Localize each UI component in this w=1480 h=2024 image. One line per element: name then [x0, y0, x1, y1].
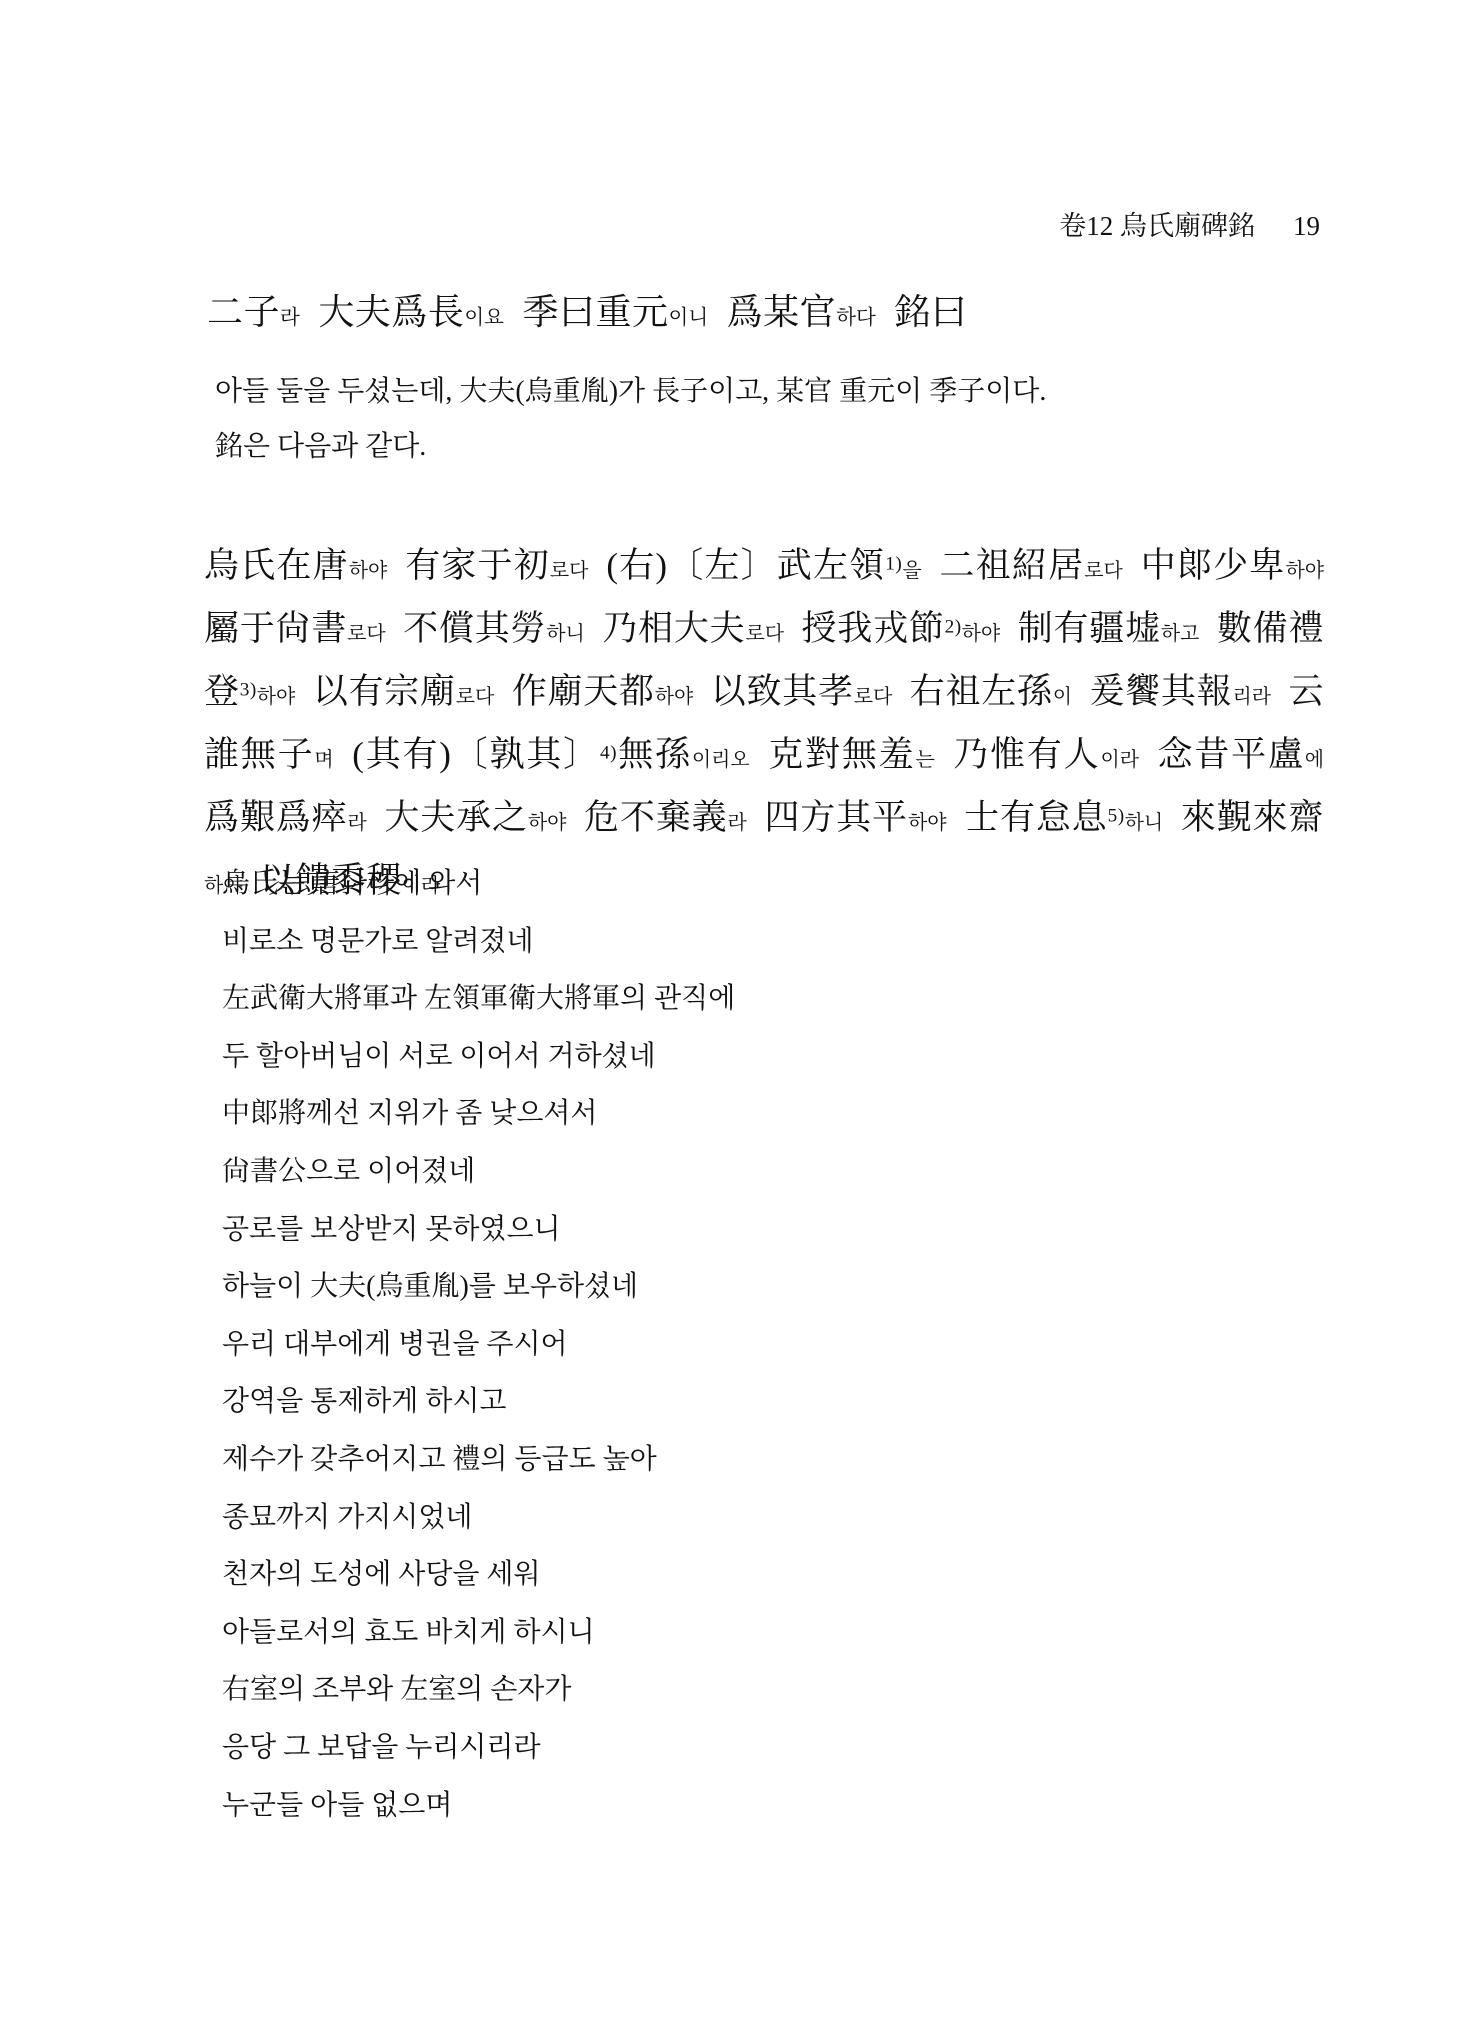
hanmun-phrase: (其有)〔孰其〕4)無孫이리오 — [352, 735, 749, 774]
hanmun-phrase: 制有疆墟하고 — [1018, 609, 1200, 648]
korean-reading-particle: 라 — [280, 307, 300, 329]
korean-reading-particle: 이요 — [464, 307, 504, 329]
verse-line: 두 할아버님이 서로 이어서 거하셨네 — [222, 1028, 1332, 1086]
chapter-title: 卷12 烏氏廟碑銘 — [1059, 211, 1255, 241]
korean-reading-particle: 하야 — [257, 686, 296, 708]
korean-reading-particle: 이라 — [1100, 749, 1139, 771]
hanja-text: 中郞少卑 — [1141, 546, 1286, 585]
hanja-text: 右祖左孫 — [910, 672, 1053, 711]
korean-reading-particle: 하야 — [349, 560, 388, 582]
korean-reading-particle: 이니 — [669, 307, 709, 329]
verse-line: 강역을 통제하게 하시고 — [222, 1373, 1332, 1431]
hanja-text: 克對無羞 — [768, 735, 915, 774]
korean-reading-particle: 하야 — [655, 686, 694, 708]
hanja-text: 大夫爲長 — [318, 292, 464, 332]
hanja-text: 不償其勞 — [403, 609, 546, 648]
prose-line: 銘은 다음과 같다. — [215, 419, 1335, 474]
hanmun-phrase: 危不棄義라 — [584, 798, 747, 837]
verse-line: 아들로서의 효도 바치게 하시니 — [222, 1604, 1332, 1662]
korean-reading-particle: 로다 — [854, 686, 893, 708]
footnote-marker: 1) — [885, 554, 902, 575]
korean-reading-particle: 에 — [1305, 749, 1324, 771]
hanmun-phrase: 季曰重元이니 — [523, 292, 709, 332]
hanja-text: 四方其平 — [764, 798, 908, 837]
prose-translation: 아들 둘을 두셨는데, 大夫(烏重胤)가 長子이고, 某官 重元이 季子이다.銘… — [215, 364, 1335, 474]
hanmun-phrase: 右祖左孫이 — [910, 672, 1072, 711]
korean-reading-particle: 하야 — [1285, 560, 1324, 582]
hanja-text: 爲某官 — [727, 292, 837, 332]
hanja-text: 二子 — [207, 292, 280, 332]
korean-reading-particle: 로다 — [1084, 560, 1123, 582]
hanja-text: (右)〔左〕武左領 — [606, 546, 885, 585]
hanmun-phrase: 乃惟有人이라 — [953, 735, 1139, 774]
korean-reading-particle: 로다 — [550, 560, 589, 582]
hanja-text: 無孫 — [617, 735, 692, 774]
korean-reading-particle: 라 — [348, 812, 367, 834]
verse-line: 하늘이 大夫(烏重胤)를 보우하셨네 — [222, 1258, 1332, 1316]
korean-reading-particle: 하니 — [1125, 812, 1164, 834]
hanja-text: 爲艱爲瘁 — [204, 798, 348, 837]
korean-reading-particle: 는 — [915, 749, 934, 771]
hanja-text: 士有怠息 — [964, 798, 1108, 837]
verse-translation: 烏氏는 唐나라에 와서비로소 명문가로 알려졌네左武衛大將軍과 左領軍衛大將軍의… — [222, 855, 1332, 1834]
hanmun-phrase: 大夫承之하야 — [384, 798, 566, 837]
hanmun-phrase: 二祖紹居로다 — [940, 546, 1123, 585]
footnote-marker: 5) — [1108, 806, 1125, 827]
hanmun-phrase: 念昔平盧에 — [1158, 735, 1324, 774]
hanja-text: 銘曰 — [894, 292, 967, 332]
korean-reading-particle: 로다 — [745, 623, 784, 645]
korean-reading-particle: 하야 — [908, 812, 947, 834]
hanja-text: 念昔平盧 — [1158, 735, 1305, 774]
verse-line: 右室의 조부와 左室의 손자가 — [222, 1661, 1332, 1719]
verse-line: 천자의 도성에 사당을 세워 — [222, 1546, 1332, 1604]
hanmun-phrase: 爲某官하다 — [727, 292, 876, 332]
verse-line: 尙書公으로 이어졌네 — [222, 1143, 1332, 1201]
hanja-text: 乃惟有人 — [953, 735, 1100, 774]
hanmun-phrase: 大夫爲長이요 — [318, 292, 504, 332]
verse-line: 제수가 갖추어지고 禮의 등급도 높아 — [222, 1431, 1332, 1489]
document-page: 卷12 烏氏廟碑銘19 二子라 大夫爲長이요 季曰重元이니 爲某官하다 銘曰 아… — [0, 0, 1480, 2024]
hanmun-phrase: 以致其孝로다 — [711, 672, 892, 711]
page-number: 19 — [1293, 211, 1320, 241]
hanja-text: 烏氏在唐 — [204, 546, 349, 585]
prose-line: 아들 둘을 두셨는데, 大夫(烏重胤)가 長子이고, 某官 重元이 季子이다. — [215, 364, 1335, 419]
hanja-text: 有家于初 — [405, 546, 550, 585]
hanmun-phrase: 二子라 — [207, 292, 300, 332]
hanja-text: 制有疆墟 — [1018, 609, 1161, 648]
korean-reading-particle: 로다 — [347, 623, 386, 645]
footnote-marker: 4) — [600, 743, 617, 764]
verse-line: 우리 대부에게 병권을 주시어 — [222, 1316, 1332, 1374]
korean-reading-particle: 이 — [1053, 686, 1072, 708]
hanja-text: 大夫承之 — [384, 798, 528, 837]
hanmun-intro-line: 二子라 大夫爲長이요 季曰重元이니 爲某官하다 銘曰 — [207, 290, 1327, 340]
korean-reading-particle: 하고 — [1161, 623, 1200, 645]
hanmun-phrase: 屬于尙書로다 — [204, 609, 386, 648]
korean-reading-particle: 하다 — [836, 307, 876, 329]
korean-reading-particle: 이리오 — [692, 749, 750, 771]
hanmun-phrase: 以有宗廟로다 — [313, 672, 494, 711]
hanja-text: 二祖紹居 — [940, 546, 1085, 585]
footnote-marker: 2) — [945, 617, 962, 638]
hanmun-phrase: 烏氏在唐하야 — [204, 546, 387, 585]
hanja-text: 危不棄義 — [584, 798, 728, 837]
verse-line: 左武衛大將軍과 左領軍衛大將軍의 관직에 — [222, 970, 1332, 1028]
hanmun-phrase: 有家于初로다 — [405, 546, 588, 585]
korean-reading-particle: 하니 — [546, 623, 585, 645]
verse-line: 응당 그 보답을 누리시리라 — [222, 1719, 1332, 1777]
hanmun-phrase: 乃相大夫로다 — [602, 609, 784, 648]
hanja-text: 來覲來齋 — [1181, 798, 1324, 837]
hanja-text: 季曰重元 — [523, 292, 669, 332]
verse-line: 烏氏는 唐나라에 와서 — [222, 855, 1332, 913]
korean-reading-particle: 하야 — [528, 812, 567, 834]
hanja-text: (其有)〔孰其〕 — [352, 735, 600, 774]
korean-reading-particle: 리라 — [1232, 686, 1271, 708]
hanja-text: 以致其孝 — [711, 672, 854, 711]
verse-line: 中郞將께선 지위가 좀 낮으셔서 — [222, 1085, 1332, 1143]
hanmun-phrase: 士有怠息5)하니 — [964, 798, 1163, 837]
korean-reading-particle: 로다 — [456, 686, 495, 708]
verse-line: 누군들 아들 없으며 — [222, 1777, 1332, 1835]
hanmun-phrase: 爲艱爲瘁라 — [204, 798, 367, 837]
hanja-text: 爰饗其報 — [1090, 672, 1233, 711]
hanmun-phrase: 銘曰 — [894, 292, 967, 332]
hanja-text: 屬于尙書 — [204, 609, 347, 648]
hanmun-phrase: 中郞少卑하야 — [1141, 546, 1324, 585]
verse-line: 비로소 명문가로 알려졌네 — [222, 913, 1332, 971]
verse-line: 공로를 보상받지 못하였으니 — [222, 1201, 1332, 1259]
page-header: 卷12 烏氏廟碑銘19 — [204, 210, 1320, 242]
korean-reading-particle: 을 — [902, 560, 921, 582]
hanmun-phrase: (右)〔左〕武左領1)을 — [606, 546, 921, 585]
hanja-text: 作廟天都 — [512, 672, 655, 711]
korean-reading-particle: 며 — [314, 749, 333, 771]
hanja-text: 以有宗廟 — [313, 672, 456, 711]
hanja-text: 授我戎節 — [802, 609, 945, 648]
verse-line: 종묘까지 가지시었네 — [222, 1489, 1332, 1547]
hanmun-phrase: 爰饗其報리라 — [1090, 672, 1271, 711]
hanmun-phrase: 克對無羞는 — [768, 735, 934, 774]
hanmun-phrase: 作廟天都하야 — [512, 672, 693, 711]
hanmun-phrase: 授我戎節2)하야 — [802, 609, 1001, 648]
korean-reading-particle: 라 — [728, 812, 747, 834]
hanja-text: 乃相大夫 — [602, 609, 745, 648]
hanmun-phrase: 四方其平하야 — [764, 798, 946, 837]
hanmun-phrase: 不償其勞하니 — [403, 609, 585, 648]
korean-reading-particle: 하야 — [962, 623, 1001, 645]
footnote-marker: 3) — [240, 680, 257, 701]
